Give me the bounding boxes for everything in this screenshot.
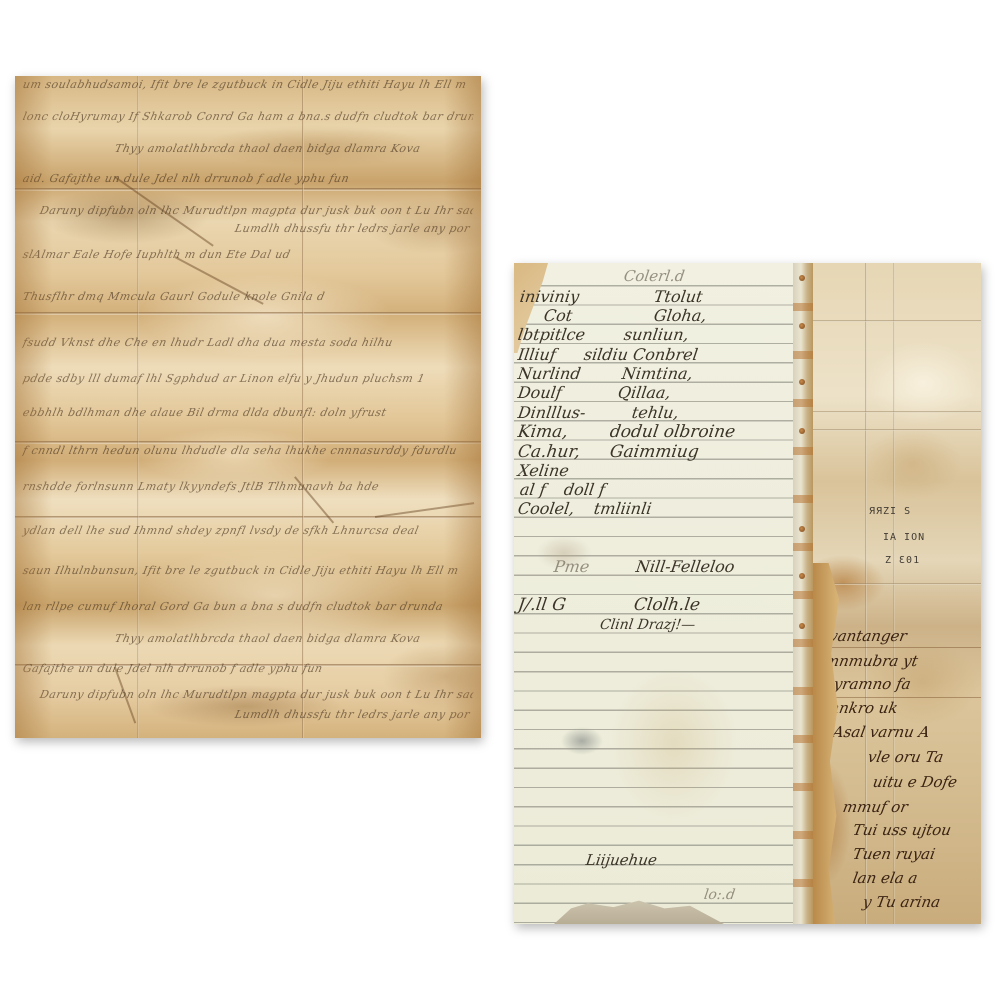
right-paper-sheet: Colerl.d iniviniy Ttolut Cot Gloha, lbtp… bbox=[514, 263, 981, 924]
torn-rusty-edge bbox=[813, 563, 839, 924]
binding-spine bbox=[793, 263, 813, 924]
ledger-entry: Nill-Felleloo bbox=[635, 557, 736, 576]
ledger-page: Colerl.d iniviniy Ttolut Cot Gloha, lbtp… bbox=[514, 263, 793, 924]
ledger-entry: tehlu, bbox=[631, 403, 680, 422]
rivet bbox=[799, 623, 805, 629]
script-line: y Tu arina bbox=[861, 893, 941, 911]
script-line: ayramno fa bbox=[823, 675, 912, 693]
ledger-entry: sildiu Conbrel bbox=[583, 345, 700, 364]
ledger-entry: Ttolut bbox=[653, 287, 704, 306]
script-line: vle oru Ta bbox=[866, 748, 945, 766]
ledger-entry: Dinlllus- bbox=[517, 403, 587, 422]
stamp-text: Z Ɛ01 bbox=[885, 555, 920, 566]
rivet bbox=[799, 275, 805, 281]
script-line: Asal varnu A bbox=[831, 723, 931, 741]
ledger-entry: Clinl Drazj!— bbox=[599, 617, 696, 633]
ledger-entry: Gaimmiug bbox=[609, 442, 700, 462]
script-line: Tuen ruyai bbox=[851, 845, 936, 863]
ledger-entry: Doulf bbox=[517, 383, 563, 402]
ledger-entry: Colerl.d bbox=[623, 267, 686, 285]
paper-rule bbox=[823, 697, 981, 698]
stamp-text: IA ION bbox=[883, 532, 925, 543]
crumpled-paper-panel: ЯЯZI S IA ION Z Ɛ01 wantanger mnmubra yt… bbox=[813, 263, 981, 924]
ledger-entry: J/.ll G bbox=[517, 595, 568, 615]
ledger-entry: Pme bbox=[553, 557, 591, 576]
rivet bbox=[799, 526, 805, 532]
fold-crease bbox=[813, 583, 981, 585]
ledger-entry: Ca.hur, bbox=[517, 442, 582, 462]
rivet bbox=[799, 573, 805, 579]
fold-crease bbox=[813, 429, 981, 431]
rivet bbox=[799, 428, 805, 434]
rivet bbox=[799, 379, 805, 385]
torn-fragment bbox=[554, 898, 724, 924]
ledger-entry: Coolel, bbox=[517, 499, 576, 518]
ledger-entry: Clolh.le bbox=[633, 595, 702, 615]
script-line: lan ela a bbox=[851, 869, 919, 887]
ledger-entry: Kima, bbox=[517, 422, 570, 442]
ledger-entry: Qillaa, bbox=[617, 383, 672, 402]
ledger-entry: dodul olbroine bbox=[609, 422, 737, 442]
ledger-entry: sunliun, bbox=[623, 325, 690, 344]
fold-crease bbox=[813, 411, 981, 413]
ledger-entry: Xeline bbox=[517, 461, 571, 480]
script-line: mnmubra yt bbox=[823, 652, 919, 670]
ledger-entry: Cot bbox=[543, 306, 574, 325]
script-line: uitu e Dofe bbox=[871, 773, 958, 791]
ledger-entry: doll f bbox=[563, 480, 607, 499]
fold-crease bbox=[813, 320, 981, 322]
ledger-entry: tmliinli bbox=[593, 499, 653, 518]
ledger-entry: Nimtina, bbox=[621, 364, 694, 383]
ledger-entry: al f bbox=[519, 480, 547, 499]
signature: Liijuehue bbox=[585, 851, 658, 869]
ledger-entry: Nurlind bbox=[517, 364, 582, 383]
rivet bbox=[799, 323, 805, 329]
left-paper-sheet: um soulabhudsamoi, Ifit bre le zgutbuck … bbox=[15, 76, 481, 738]
script-line: Tui uss ujtou bbox=[851, 821, 952, 839]
stamp-text: ЯЯZI S bbox=[869, 506, 911, 517]
ledger-entry: Gloha, bbox=[653, 306, 708, 325]
ledger-entry: Illiuf bbox=[517, 345, 558, 364]
paper-rule bbox=[823, 647, 981, 648]
script-line: mmuf or bbox=[841, 798, 909, 816]
ledger-entry: lo:.d bbox=[703, 887, 736, 903]
edge-stain bbox=[15, 76, 481, 738]
ledger-entry: iniviniy bbox=[519, 287, 581, 306]
script-line: wantanger bbox=[823, 627, 908, 645]
ledger-entry: lbtpitlce bbox=[517, 325, 587, 344]
